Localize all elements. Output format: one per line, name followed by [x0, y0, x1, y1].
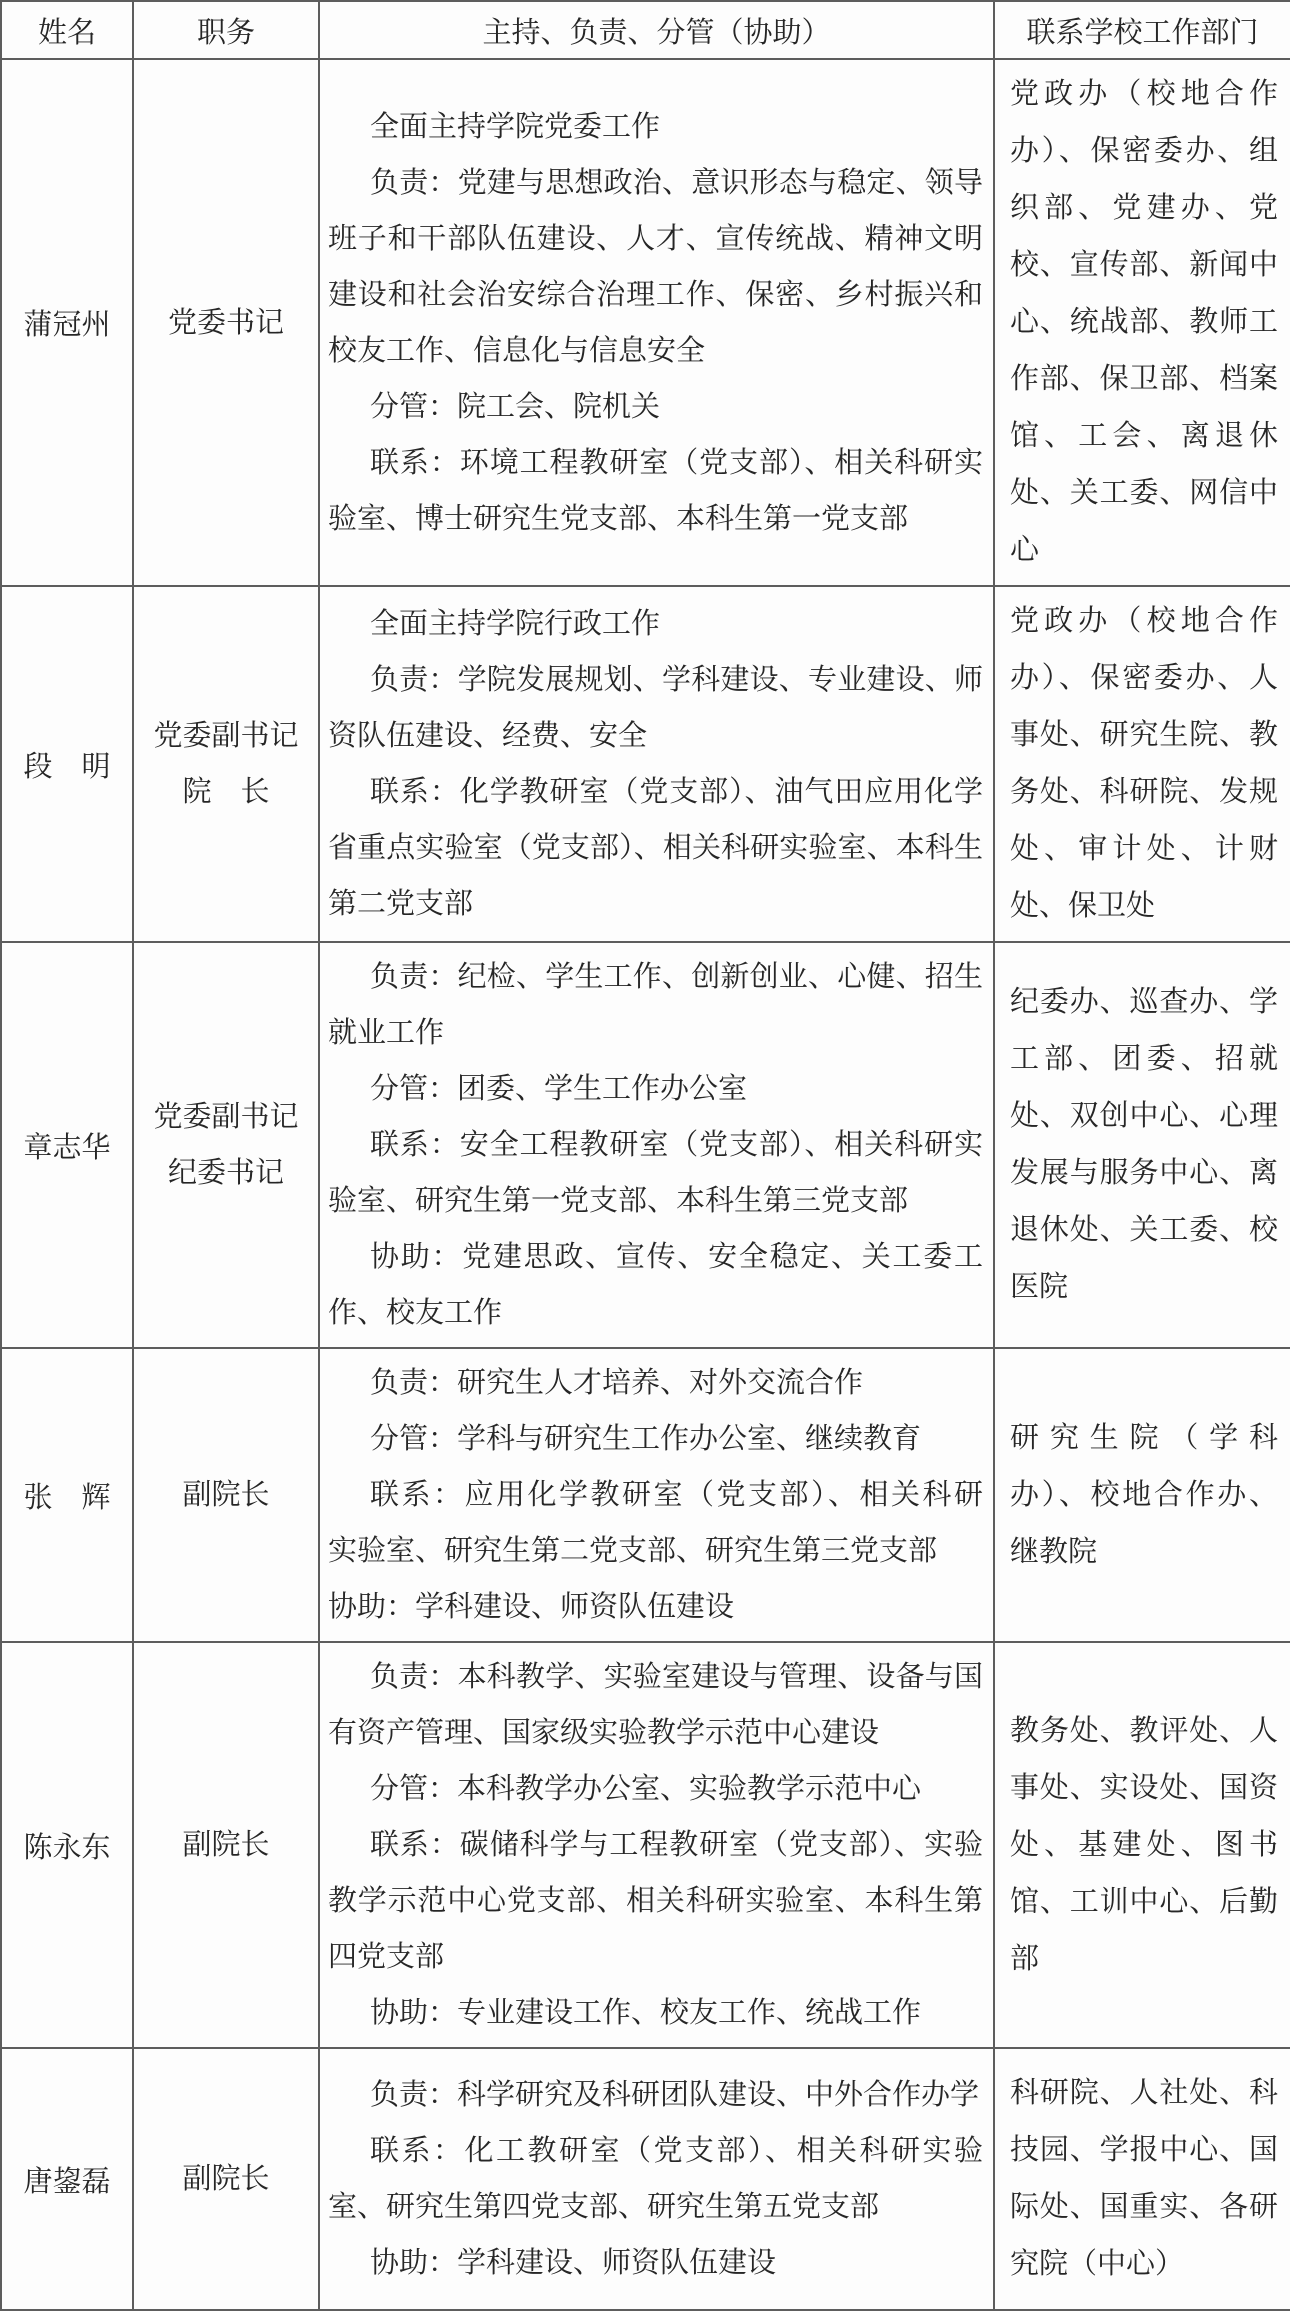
duty-item: 负责：研究生人才培养、对外交流合作 — [328, 1355, 983, 1411]
leadership-duties-table: 姓名 职务 主持、负责、分管（协助） 联系学校工作部门 蒲冠州 党委书记 全面主… — [0, 0, 1290, 2311]
table-row: 章志华 党委副书记 纪委书记 负责：纪检、学生工作、创新创业、心健、招生就业工作… — [1, 942, 1290, 1348]
duty-item: 协助：专业建设工作、校友工作、统战工作 — [328, 1985, 983, 2041]
duty-item: 分管：团委、学生工作办公室 — [328, 1061, 983, 1117]
position-cell: 党委副书记 纪委书记 — [133, 942, 319, 1348]
duty-item: 全面主持学院行政工作 — [328, 596, 983, 652]
header-name: 姓名 — [1, 1, 133, 59]
duty-item: 负责：党建与思想政治、意识形态与稳定、领导班子和干部队伍建设、人才、宣传统战、精… — [328, 155, 983, 379]
duty-item: 分管：学科与研究生工作办公室、继续教育 — [328, 1411, 983, 1467]
position-cell: 党委书记 — [133, 59, 319, 586]
table-row: 陈永东 副院长 负责：本科教学、实验室建设与管理、设备与国有资产管理、国家级实验… — [1, 1642, 1290, 2048]
duty-item: 联系：化学教研室（党支部）、油气田应用化学省重点实验室（党支部）、相关科研实验室… — [328, 764, 983, 932]
name-cell: 唐鋆磊 — [1, 2048, 133, 2310]
duty-item: 联系：应用化学教研室（党支部）、相关科研 实验室、研究生第二党支部、研究生第三党… — [328, 1467, 983, 1579]
position-cell: 副院长 — [133, 1642, 319, 2048]
duties-cell: 负责：纪检、学生工作、创新创业、心健、招生就业工作 分管：团委、学生工作办公室 … — [319, 942, 994, 1348]
name-cell: 段 明 — [1, 586, 133, 942]
position-line: 党委书记 — [136, 295, 316, 351]
name-cell: 章志华 — [1, 942, 133, 1348]
position-line: 副院长 — [136, 1467, 316, 1523]
name-cell: 蒲冠州 — [1, 59, 133, 586]
header-duties: 主持、负责、分管（协助） — [319, 1, 994, 59]
departments-cell: 党政办（校地合作办）、保密委办、人事处、研究生院、教务处、科研院、发规处、审计处… — [994, 586, 1290, 942]
departments-cell: 纪委办、巡查办、学工部、团委、招就处、双创中心、心理发展与服务中心、离退休处、关… — [994, 942, 1290, 1348]
departments-cell: 科研院、人社处、科技园、学报中心、国际处、国重实、各研究院（中心） — [994, 2048, 1290, 2310]
duty-item: 负责：科学研究及科研团队建设、中外合作办学 — [328, 2067, 983, 2123]
duties-cell: 负责：科学研究及科研团队建设、中外合作办学 联系：化工教研室（党支部）、相关科研… — [319, 2048, 994, 2310]
header-position: 职务 — [133, 1, 319, 59]
duty-item: 全面主持学院党委工作 — [328, 99, 983, 155]
name-cell: 陈永东 — [1, 1642, 133, 2048]
table-row: 唐鋆磊 副院长 负责：科学研究及科研团队建设、中外合作办学 联系：化工教研室（党… — [1, 2048, 1290, 2310]
departments-cell: 研究生院（学科办）、校地合作办、继教院 — [994, 1348, 1290, 1642]
header-row: 姓名 职务 主持、负责、分管（协助） 联系学校工作部门 — [1, 1, 1290, 59]
leadership-duties-page: 姓名 职务 主持、负责、分管（协助） 联系学校工作部门 蒲冠州 党委书记 全面主… — [0, 0, 1290, 2311]
duty-item: 联系：化工教研室（党支部）、相关科研实验室、研究生第四党支部、研究生第五党支部 — [328, 2123, 983, 2235]
duties-cell: 全面主持学院党委工作 负责：党建与思想政治、意识形态与稳定、领导班子和干部队伍建… — [319, 59, 994, 586]
duty-item: 联系：环境工程教研室（党支部）、相关科研实验室、博士研究生党支部、本科生第一党支… — [328, 435, 983, 547]
duty-item: 分管：院工会、院机关 — [328, 379, 983, 435]
duty-item: 协助：学科建设、师资队伍建设 — [328, 2235, 983, 2291]
header-departments: 联系学校工作部门 — [994, 1, 1290, 59]
position-line: 党委副书记 — [136, 708, 316, 764]
position-line: 院 长 — [136, 764, 316, 820]
table-row: 蒲冠州 党委书记 全面主持学院党委工作 负责：党建与思想政治、意识形态与稳定、领… — [1, 59, 1290, 586]
position-cell: 副院长 — [133, 1348, 319, 1642]
position-line: 副院长 — [136, 1817, 316, 1873]
duties-cell: 负责：研究生人才培养、对外交流合作 分管：学科与研究生工作办公室、继续教育 联系… — [319, 1348, 994, 1642]
position-cell: 党委副书记 院 长 — [133, 586, 319, 942]
table-row: 段 明 党委副书记 院 长 全面主持学院行政工作 负责：学院发展规划、学科建设、… — [1, 586, 1290, 942]
name-cell: 张 辉 — [1, 1348, 133, 1642]
duty-item: 协助：学科建设、师资队伍建设 — [328, 1579, 983, 1635]
position-line: 纪委书记 — [136, 1145, 316, 1201]
duty-item: 分管：本科教学办公室、实验教学示范中心 — [328, 1761, 983, 1817]
duty-item: 协助：党建思政、宣传、安全稳定、关工委工作、校友工作 — [328, 1229, 983, 1341]
table-row: 张 辉 副院长 负责：研究生人才培养、对外交流合作 分管：学科与研究生工作办公室… — [1, 1348, 1290, 1642]
position-cell: 副院长 — [133, 2048, 319, 2310]
duty-item: 负责：学院发展规划、学科建设、专业建设、师资队伍建设、经费、安全 — [328, 652, 983, 764]
duty-item: 联系：碳储科学与工程教研室（党支部）、实验教学示范中心党支部、相关科研实验室、本… — [328, 1817, 983, 1985]
departments-cell: 党政办（校地合作办）、保密委办、组织部、党建办、党校、宣传部、新闻中心、统战部、… — [994, 59, 1290, 586]
duty-item: 负责：本科教学、实验室建设与管理、设备与国有资产管理、国家级实验教学示范中心建设 — [328, 1649, 983, 1761]
departments-cell: 教务处、教评处、人事处、实设处、国资处、基建处、图书馆、工训中心、后勤部 — [994, 1642, 1290, 2048]
position-line: 党委副书记 — [136, 1089, 316, 1145]
duty-item: 联系：安全工程教研室（党支部）、相关科研实验室、研究生第一党支部、本科生第三党支… — [328, 1117, 983, 1229]
duty-item: 负责：纪检、学生工作、创新创业、心健、招生就业工作 — [328, 949, 983, 1061]
position-line: 副院长 — [136, 2151, 316, 2207]
duties-cell: 全面主持学院行政工作 负责：学院发展规划、学科建设、专业建设、师资队伍建设、经费… — [319, 586, 994, 942]
duties-cell: 负责：本科教学、实验室建设与管理、设备与国有资产管理、国家级实验教学示范中心建设… — [319, 1642, 994, 2048]
